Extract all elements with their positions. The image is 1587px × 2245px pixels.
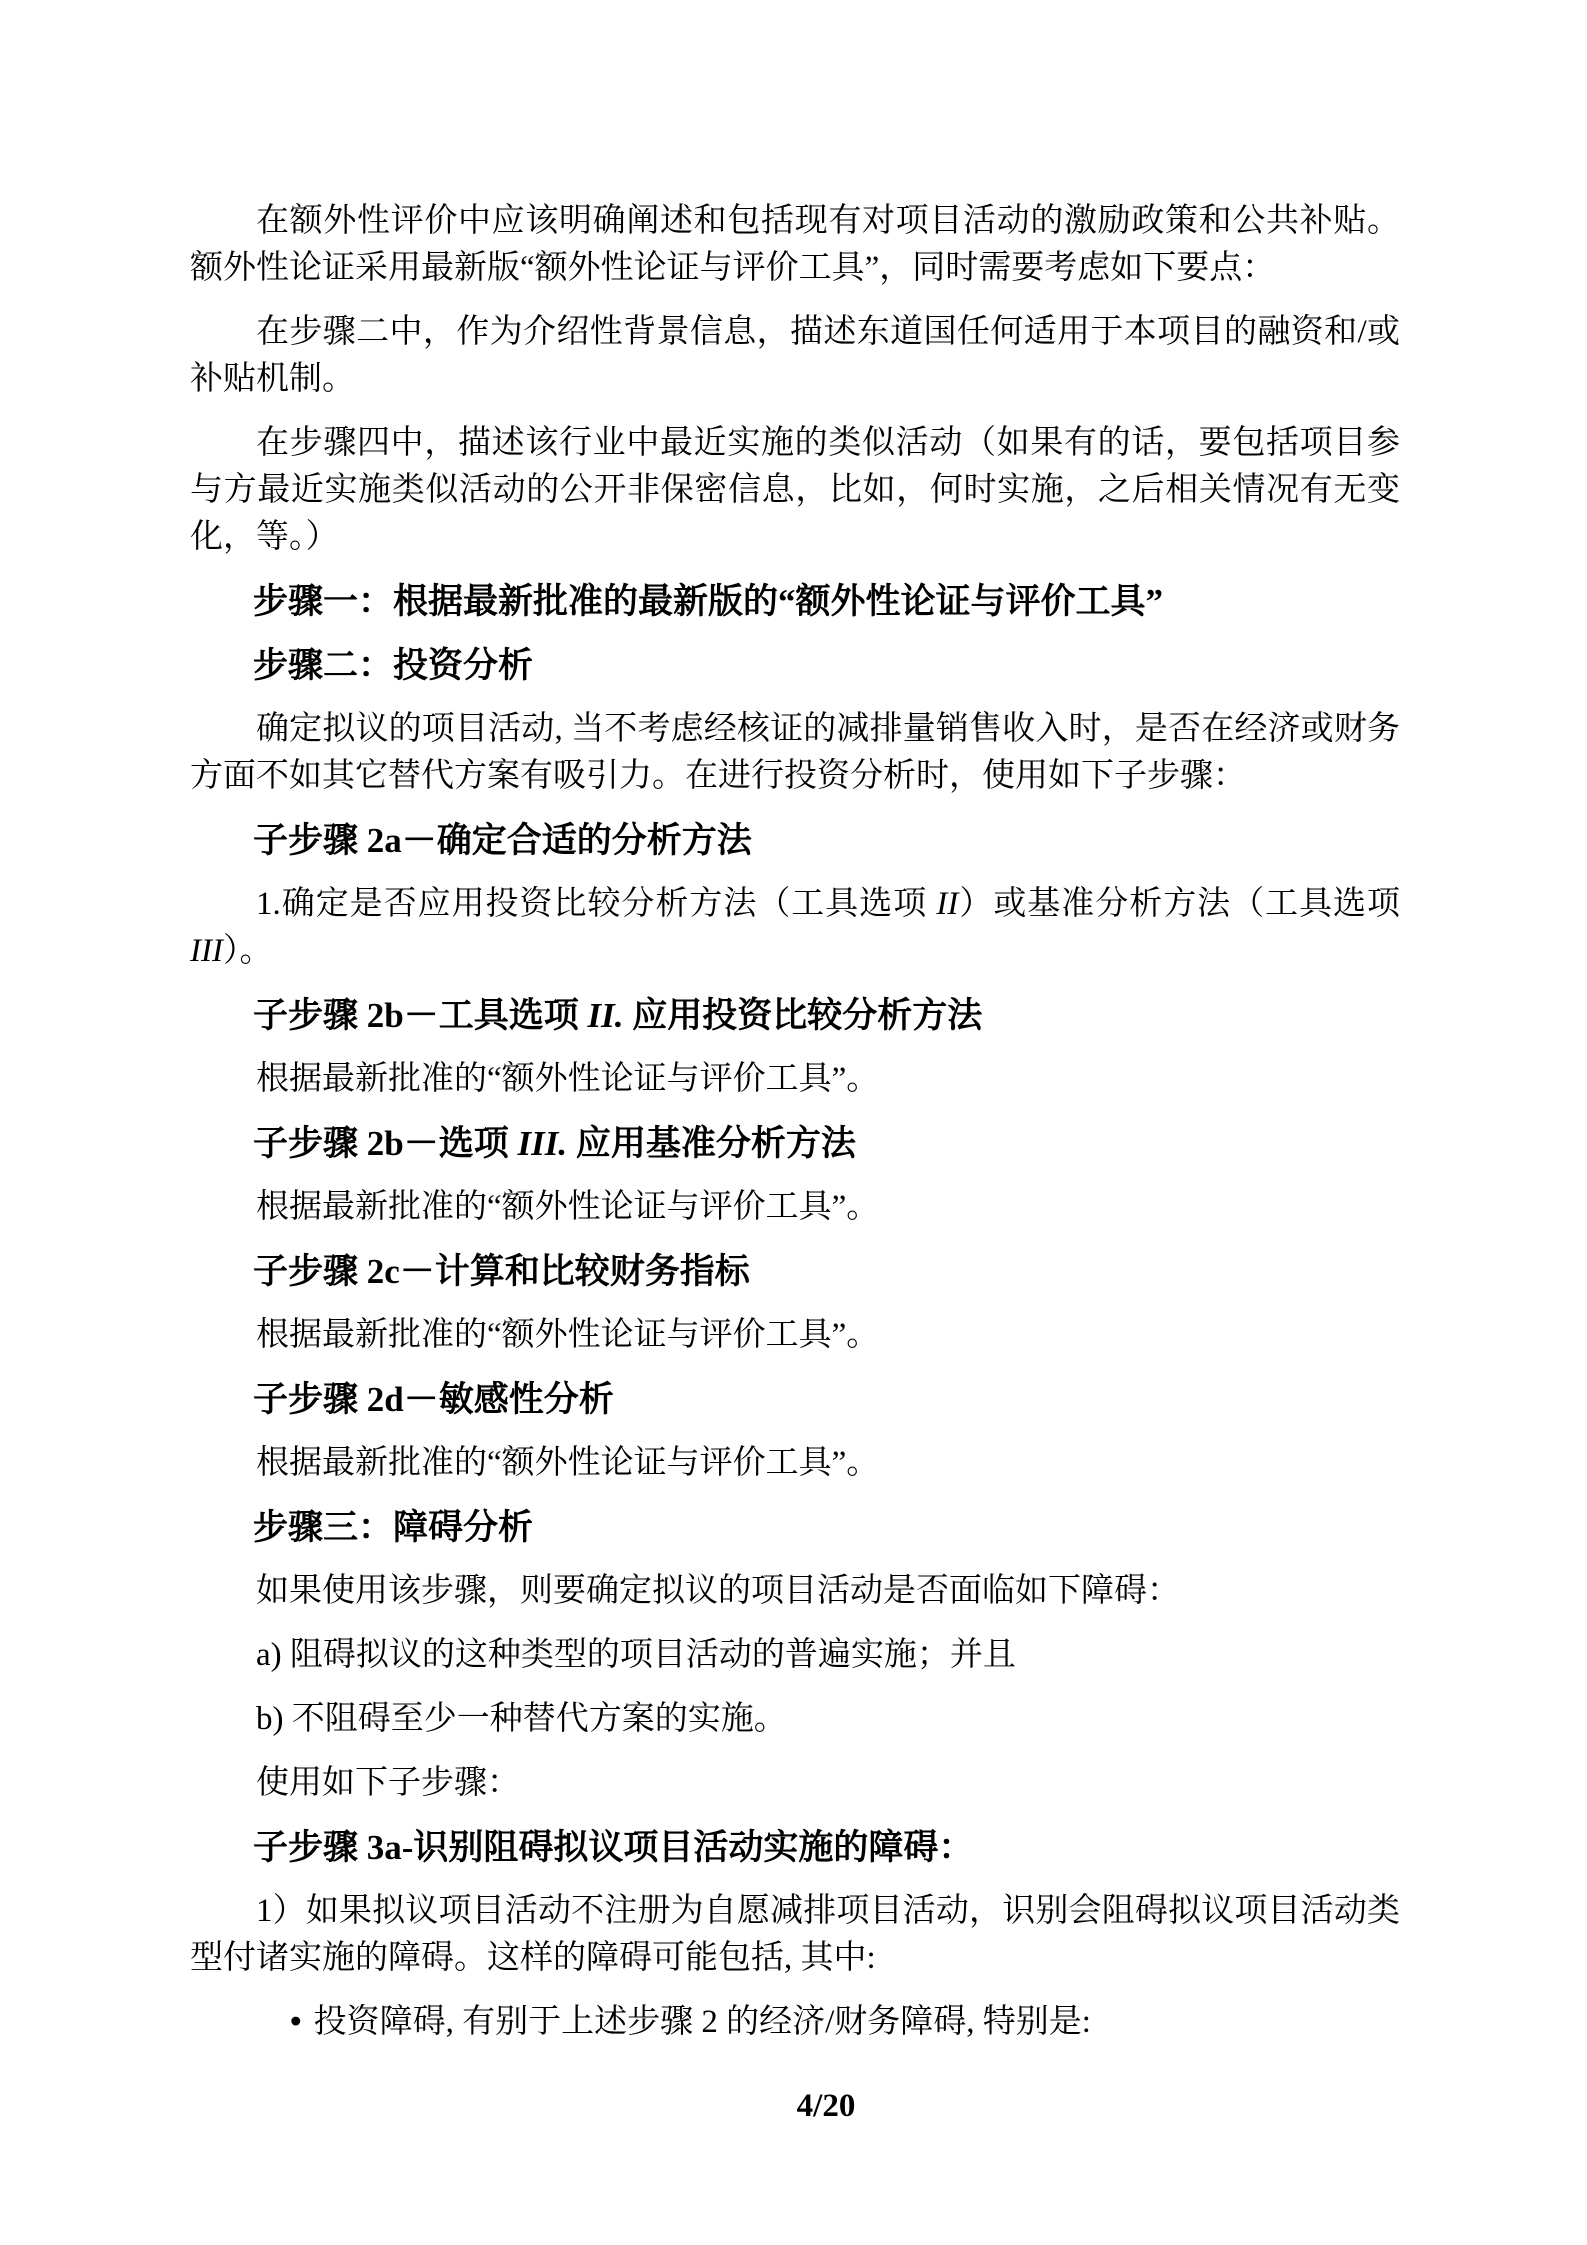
paragraph-tool-reference-4: 根据最新批准的“额外性论证与评价工具”。 xyxy=(190,1440,1400,1487)
document-page: 在额外性评价中应该明确阐述和包括现有对项目活动的激励政策和公共补贴。额外性论证采… xyxy=(0,0,1587,2245)
paragraph-step2-note: 在步骤二中，作为介绍性背景信息，描述东道国任何适用于本项目的融资和/或补贴机制。 xyxy=(190,309,1400,403)
heading-step2: 步骤二：投资分析 xyxy=(190,642,1400,689)
paragraph-substep-2a-text: 1.确定是否应用投资比较分析方法（工具选项 xyxy=(256,886,936,922)
paragraph-tool-reference-1: 根据最新批准的“额外性论证与评价工具”。 xyxy=(190,1056,1400,1103)
heading-step3: 步骤三：障碍分析 xyxy=(190,1504,1400,1551)
heading-substep-2b-option-iii: 子步骤 2b－选项 III. 应用基准分析方法 xyxy=(190,1120,1400,1167)
heading-substep-2c: 子步骤 2c－计算和比较财务指标 xyxy=(190,1248,1400,1295)
heading-substep-2a: 子步骤 2a－确定合适的分析方法 xyxy=(190,817,1400,864)
roman-numeral-ii: II xyxy=(936,886,958,922)
heading-substep-2b-option-iii-text: 应用基准分析方法 xyxy=(567,1124,856,1163)
heading-step1: 步骤一：根据最新批准的最新版的“额外性论证与评价工具” xyxy=(190,578,1400,625)
paragraph-tool-reference-3: 根据最新批准的“额外性论证与评价工具”。 xyxy=(190,1312,1400,1359)
bullet-item-text: 投资障碍, 有别于上述步骤 2 的经济/财务障碍, 特别是: xyxy=(314,2004,1091,2040)
paragraph-barrier-a: a) 阻碍拟议的这种类型的项目活动的普遍实施；并且 xyxy=(190,1632,1400,1679)
heading-substep-2b-option-ii-text: 子步骤 2b－工具选项 xyxy=(253,996,587,1035)
paragraph-step4-note: 在步骤四中，描述该行业中最近实施的类似活动（如果有的话，要包括项目参与方最近实施… xyxy=(190,420,1400,561)
paragraph-use-substeps: 使用如下子步骤： xyxy=(190,1760,1400,1807)
roman-numeral-iii: III. xyxy=(517,1124,567,1163)
paragraph-step2-intro: 确定拟议的项目活动, 当不考虑经核证的减排量销售收入时，是否在经济或财务方面不如… xyxy=(190,706,1400,800)
paragraph-substep-2a-text: ）。 xyxy=(223,933,273,969)
paragraph-substep-2a: 1.确定是否应用投资比较分析方法（工具选项 II）或基准分析方法（工具选项 II… xyxy=(190,881,1400,975)
heading-substep-3a: 子步骤 3a-识别阻碍拟议项目活动实施的障碍： xyxy=(190,1824,1400,1871)
paragraph-additionality-intro: 在额外性评价中应该明确阐述和包括现有对项目活动的激励政策和公共补贴。额外性论证采… xyxy=(190,198,1400,292)
heading-substep-2b-option-ii: 子步骤 2b－工具选项 II. 应用投资比较分析方法 xyxy=(190,992,1400,1039)
bullet-icon: • xyxy=(240,1999,302,2046)
page-footer: 4/20 xyxy=(190,2083,1400,2130)
roman-numeral-ii: II. xyxy=(587,996,623,1035)
page-number: 4/20 xyxy=(797,2088,856,2124)
roman-numeral-iii: III xyxy=(190,933,223,969)
paragraph-tool-reference-2: 根据最新批准的“额外性论证与评价工具”。 xyxy=(190,1184,1400,1231)
heading-substep-2b-option-iii-text: 子步骤 2b－选项 xyxy=(253,1124,517,1163)
paragraph-substep-3a: 1）如果拟议项目活动不注册为自愿减排项目活动，识别会阻碍拟议项目活动类型付诸实施… xyxy=(190,1888,1400,1982)
paragraph-barrier-b: b) 不阻碍至少一种替代方案的实施。 xyxy=(190,1696,1400,1743)
heading-substep-2b-option-ii-text: 应用投资比较分析方法 xyxy=(623,996,982,1035)
paragraph-step3-intro: 如果使用该步骤，则要确定拟议的项目活动是否面临如下障碍： xyxy=(190,1568,1400,1615)
paragraph-substep-2a-text: ）或基准分析方法（工具选项 xyxy=(958,886,1400,922)
bullet-item-investment-barrier: •投资障碍, 有别于上述步骤 2 的经济/财务障碍, 特别是: xyxy=(190,1999,1400,2046)
heading-substep-2d: 子步骤 2d－敏感性分析 xyxy=(190,1376,1400,1423)
